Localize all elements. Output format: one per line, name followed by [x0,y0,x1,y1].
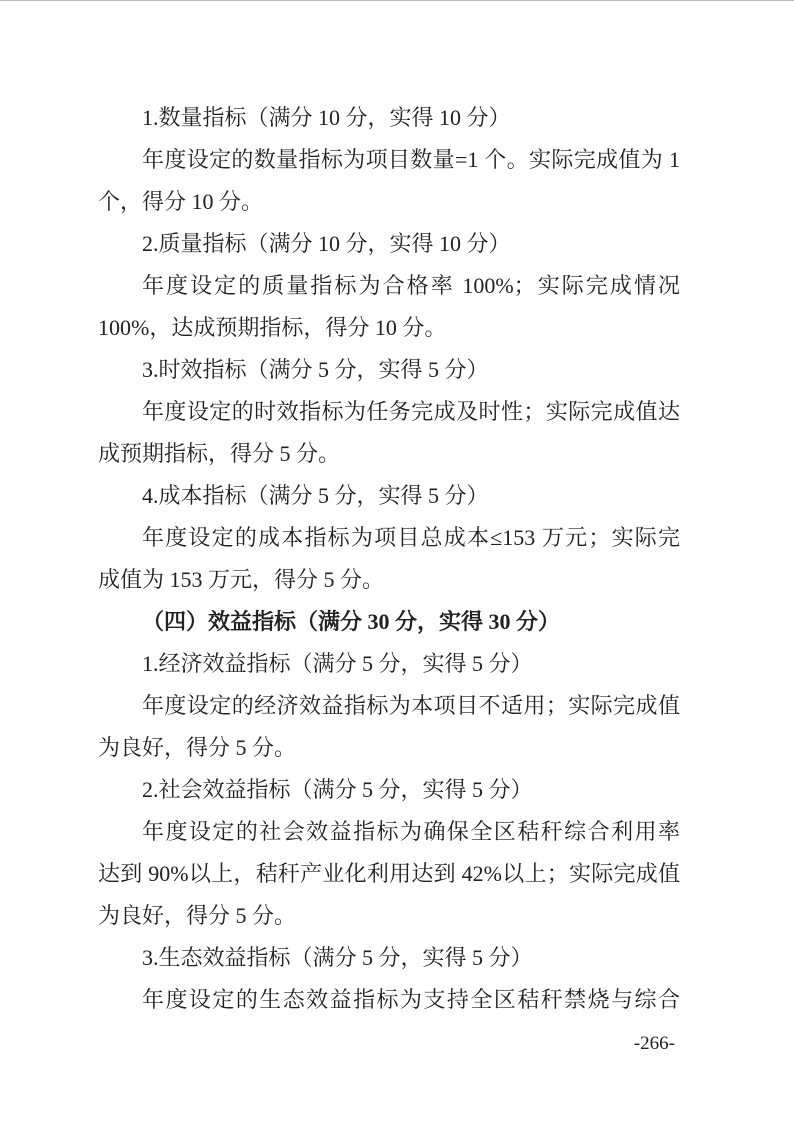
paragraph-line: 年度设定的社会效益指标为确保全区秸秆综合利用率 [98,811,680,853]
page-number: -266- [634,1033,675,1054]
item-1-quantity-indicator-body: 年度设定的数量指标为项目数量=1 个。实际完成值为 1个，得分 10 分。 [98,139,680,223]
paragraph-line: 年度设定的时效指标为任务完成及时性；实际完成值达 [98,391,680,433]
paragraph-line: 1.经济效益指标（满分 5 分，实得 5 分） [98,643,680,685]
item-1-quantity-indicator-title: 1.数量指标（满分 10 分，实得 10 分） [98,97,680,139]
paragraph-line: 4.成本指标（满分 5 分，实得 5 分） [98,475,680,517]
item-2-quality-indicator-title: 2.质量指标（满分 10 分，实得 10 分） [98,223,680,265]
paragraph-line: 3.时效指标（满分 5 分，实得 5 分） [98,349,680,391]
item-3-timeliness-indicator-title: 3.时效指标（满分 5 分，实得 5 分） [98,349,680,391]
benefit-2-social-indicator-title: 2.社会效益指标（满分 5 分，实得 5 分） [98,769,680,811]
paragraph-line: 3.生态效益指标（满分 5 分，实得 5 分） [98,937,680,979]
paragraph-line: 为良好，得分 5 分。 [98,895,680,937]
document-body: 1.数量指标（满分 10 分，实得 10 分）年度设定的数量指标为项目数量=1 … [98,97,680,1021]
benefit-2-social-indicator-body: 年度设定的社会效益指标为确保全区秸秆综合利用率达到 90%以上，秸秆产业化利用达… [98,811,680,937]
item-4-cost-indicator-title: 4.成本指标（满分 5 分，实得 5 分） [98,475,680,517]
paragraph-line: 2.社会效益指标（满分 5 分，实得 5 分） [98,769,680,811]
paragraph-line: 2.质量指标（满分 10 分，实得 10 分） [98,223,680,265]
item-4-cost-indicator-body: 年度设定的成本指标为项目总成本≤153 万元；实际完成值为 153 万元，得分 … [98,517,680,601]
page-footer: -266- [634,1032,675,1056]
paragraph-line: （四）效益指标（满分 30 分，实得 30 分） [98,601,680,643]
benefit-3-ecological-indicator-title: 3.生态效益指标（满分 5 分，实得 5 分） [98,937,680,979]
paragraph-line: 年度设定的成本指标为项目总成本≤153 万元；实际完 [98,517,680,559]
paragraph-line: 达到 90%以上，秸秆产业化利用达到 42%以上；实际完成值 [98,853,680,895]
paragraph-line: 成值为 153 万元，得分 5 分。 [98,559,680,601]
benefit-1-economic-indicator-title: 1.经济效益指标（满分 5 分，实得 5 分） [98,643,680,685]
document-page: 1.数量指标（满分 10 分，实得 10 分）年度设定的数量指标为项目数量=1 … [0,0,794,1122]
paragraph-line: 个，得分 10 分。 [98,181,680,223]
paragraph-line: 100%，达成预期指标，得分 10 分。 [98,307,680,349]
paragraph-line: 年度设定的生态效益指标为支持全区秸秆禁烧与综合 [98,979,680,1021]
paragraph-line: 1.数量指标（满分 10 分，实得 10 分） [98,97,680,139]
benefit-1-economic-indicator-body: 年度设定的经济效益指标为本项目不适用；实际完成值为良好，得分 5 分。 [98,685,680,769]
section-4-benefit-indicator-heading: （四）效益指标（满分 30 分，实得 30 分） [98,601,680,643]
paragraph-line: 年度设定的数量指标为项目数量=1 个。实际完成值为 1 [98,139,680,181]
paragraph-line: 成预期指标，得分 5 分。 [98,433,680,475]
item-3-timeliness-indicator-body: 年度设定的时效指标为任务完成及时性；实际完成值达成预期指标，得分 5 分。 [98,391,680,475]
paragraph-line: 年度设定的经济效益指标为本项目不适用；实际完成值 [98,685,680,727]
item-2-quality-indicator-body: 年度设定的质量指标为合格率 100%；实际完成情况100%，达成预期指标，得分 … [98,265,680,349]
paragraph-line: 年度设定的质量指标为合格率 100%；实际完成情况 [98,265,680,307]
benefit-3-ecological-indicator-body: 年度设定的生态效益指标为支持全区秸秆禁烧与综合 [98,979,680,1021]
paragraph-line: 为良好，得分 5 分。 [98,727,680,769]
